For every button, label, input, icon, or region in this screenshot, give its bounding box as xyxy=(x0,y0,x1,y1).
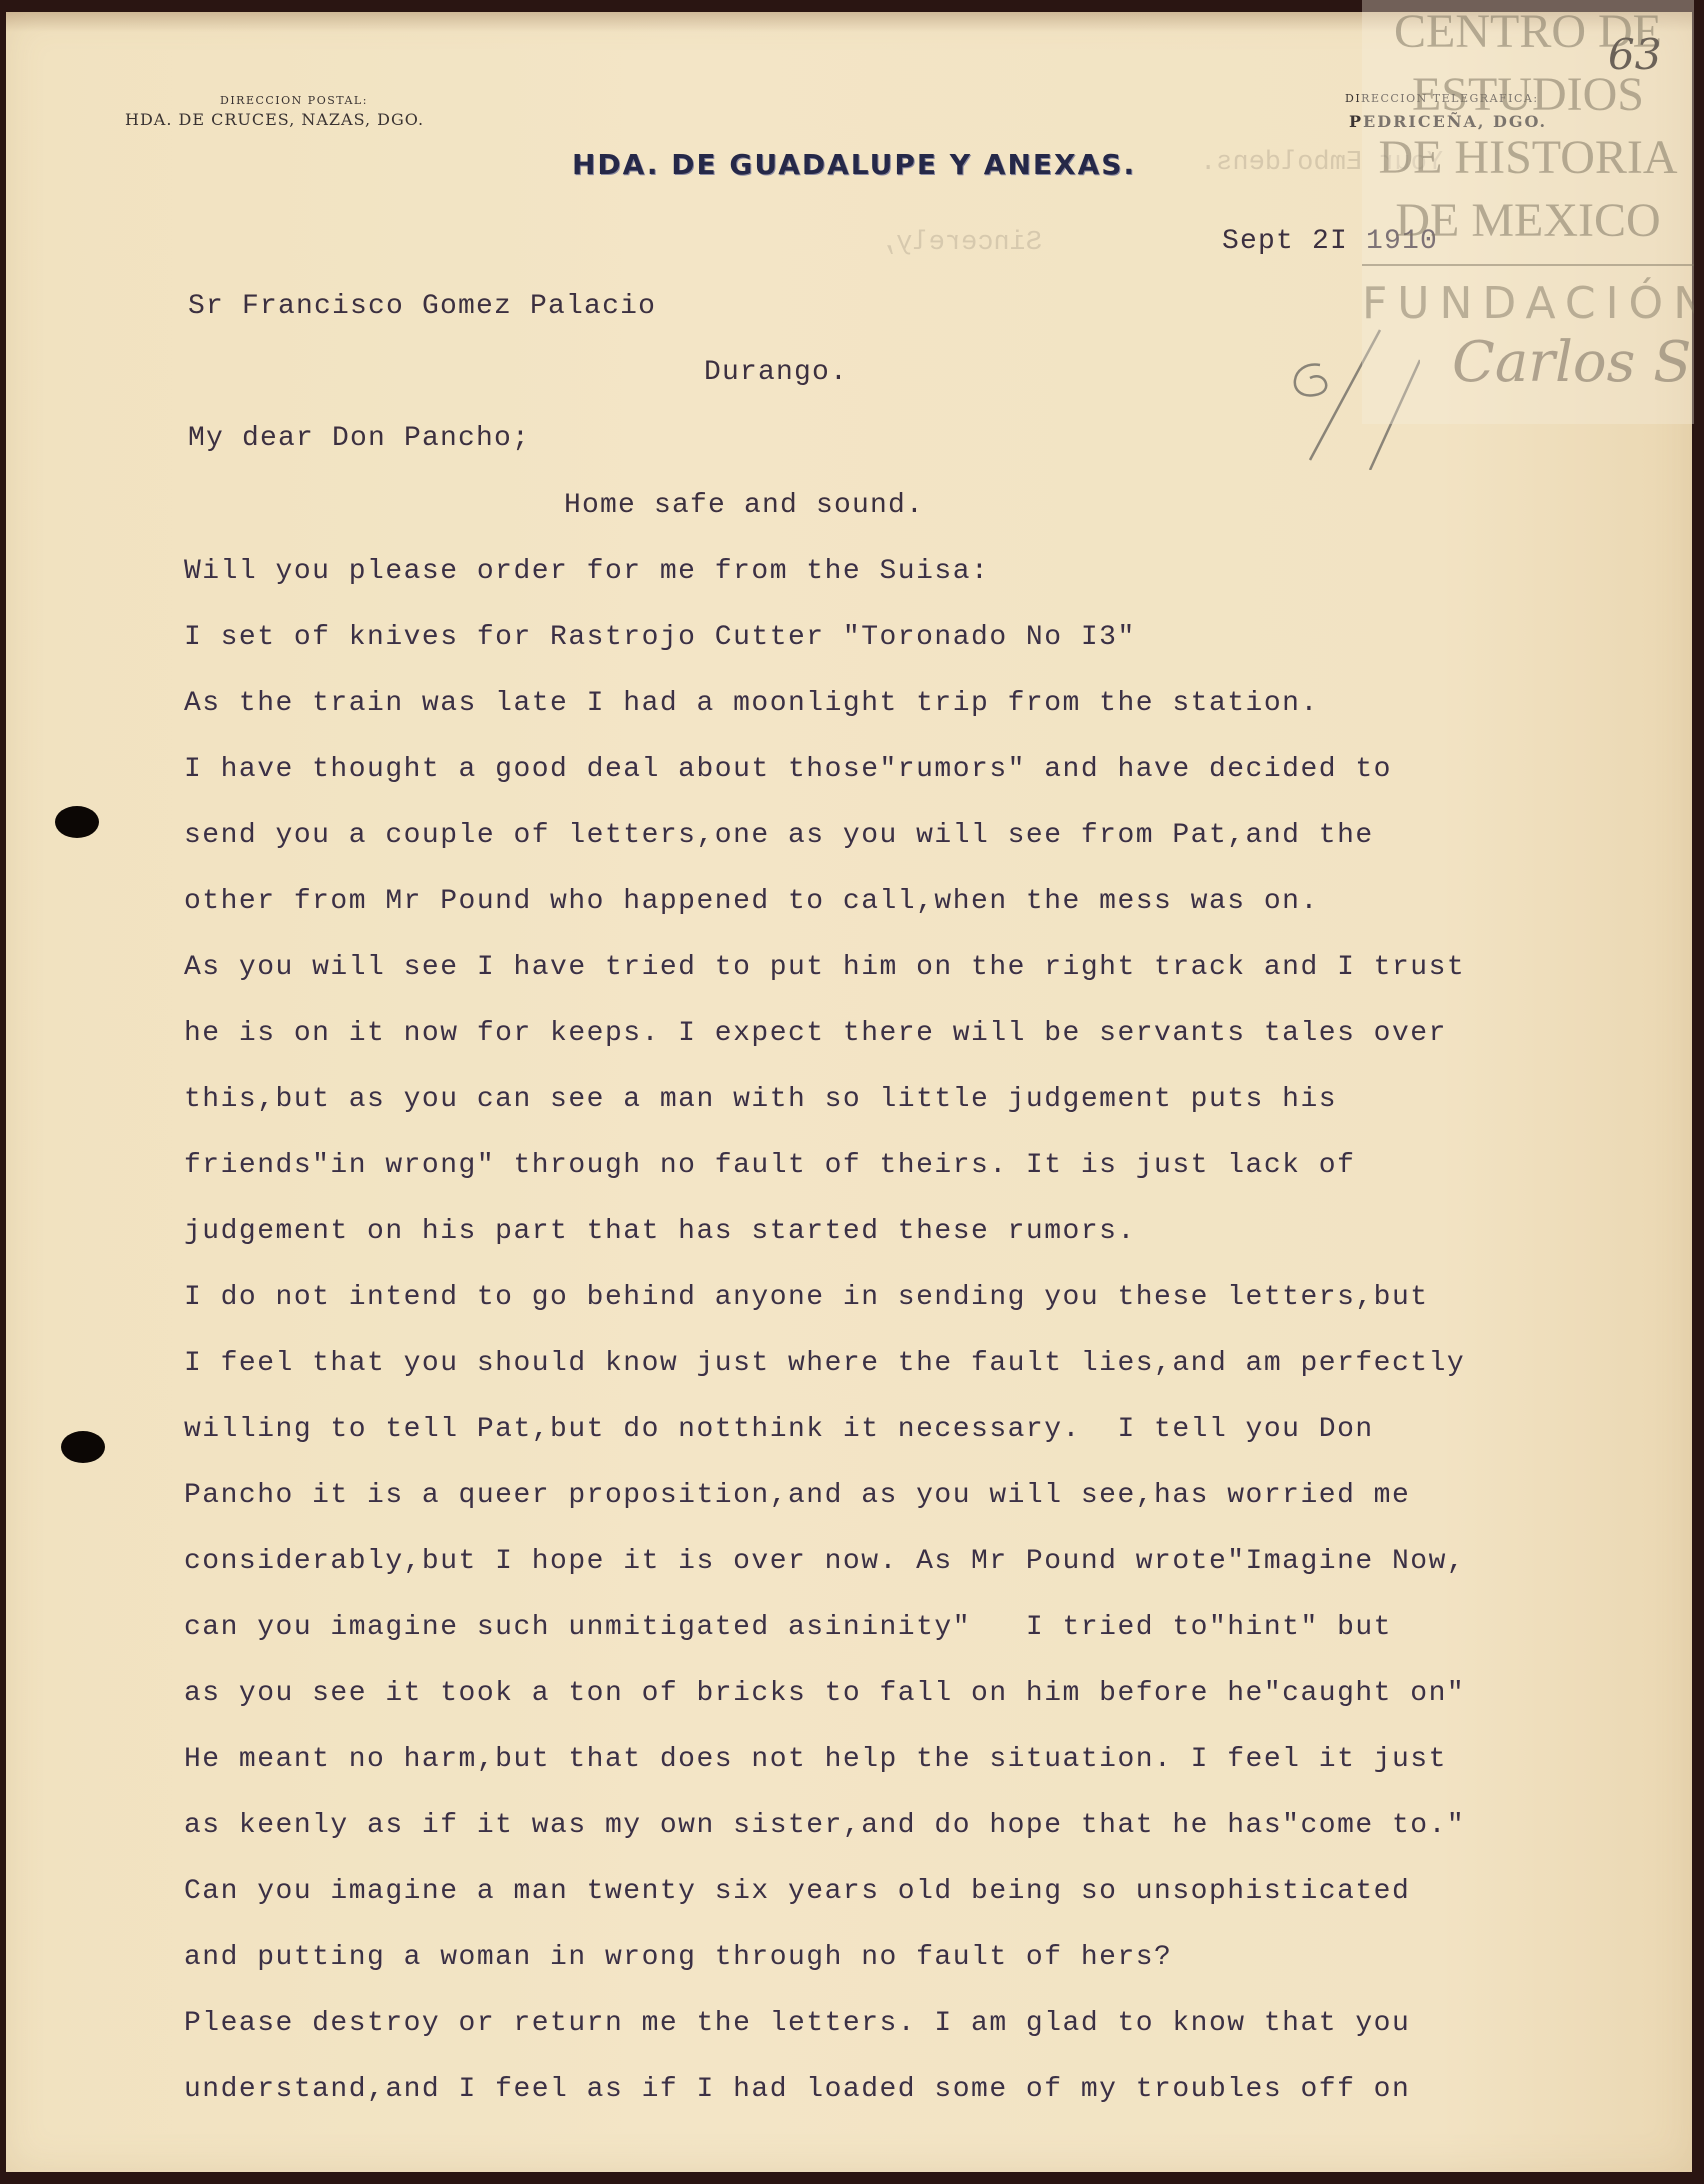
body-line: this,but as you can see a man with so li… xyxy=(184,1084,1337,1115)
body-line: I do not intend to go behind anyone in s… xyxy=(184,1282,1429,1313)
recipient-name: Sr Francisco Gomez Palacio xyxy=(188,291,656,322)
salutation: My dear Don Pancho; xyxy=(188,423,530,454)
opening-line: Home safe and sound. xyxy=(564,490,924,521)
body-line: as you see it took a ton of bricks to fa… xyxy=(184,1678,1465,1709)
body-line: I have thought a good deal about those"r… xyxy=(184,754,1392,785)
body-line: He meant no harm,but that does not help … xyxy=(184,1744,1447,1775)
body-line: Will you please order for me from the Su… xyxy=(184,556,989,587)
punch-hole-icon xyxy=(55,806,99,838)
watermark-signature: Carlos Slim xyxy=(1452,330,1694,395)
letterhead-title: HDA. DE GUADALUPE Y ANEXAS. xyxy=(572,148,1136,181)
postal-address: HDA. DE CRUCES, NAZAS, DGO. xyxy=(125,110,424,129)
body-line: As the train was late I had a moonlight … xyxy=(184,688,1319,719)
watermark-line: DE HISTORIA xyxy=(1362,126,1694,189)
body-line: send you a couple of letters,one as you … xyxy=(184,820,1374,851)
body-line: and putting a woman in wrong through no … xyxy=(184,1942,1172,1973)
watermark-divider xyxy=(1362,264,1694,266)
body-line: As you will see I have tried to put him … xyxy=(184,952,1465,983)
body-line: judgement on his part that has started t… xyxy=(184,1216,1136,1247)
body-line: as keenly as if it was my own sister,and… xyxy=(184,1810,1465,1841)
body-line: willing to tell Pat,but do notthink it n… xyxy=(184,1414,1374,1445)
body-line: other from Mr Pound who happened to call… xyxy=(184,886,1319,917)
body-line: I set of knives for Rastrojo Cutter "Tor… xyxy=(184,622,1136,653)
body-line: understand,and I feel as if I had loaded… xyxy=(184,2074,1410,2105)
punch-hole-icon xyxy=(61,1431,105,1463)
body-line: Please destroy or return me the letters.… xyxy=(184,2008,1410,2039)
postal-address-label: DIRECCION POSTAL: xyxy=(220,94,368,107)
body-line: Pancho it is a queer proposition,and as … xyxy=(184,1480,1410,1511)
show-through-text: Sincerely, xyxy=(880,228,1042,258)
body-line: I feel that you should know just where t… xyxy=(184,1348,1465,1379)
watermark-line: DE MEXICO xyxy=(1362,189,1694,252)
body-line: he is on it now for keeps. I expect ther… xyxy=(184,1018,1447,1049)
body-line: can you imagine such unmitigated asinini… xyxy=(184,1612,1392,1643)
recipient-city: Durango. xyxy=(704,357,848,388)
body-line: friends"in wrong" through no fault of th… xyxy=(184,1150,1355,1181)
watermark-foundation: FUNDACIÓN xyxy=(1362,278,1694,329)
body-line: Can you imagine a man twenty six years o… xyxy=(184,1876,1410,1907)
page-number: 63 xyxy=(1608,30,1661,79)
body-line: considerably,but I hope it is over now. … xyxy=(184,1546,1465,1577)
